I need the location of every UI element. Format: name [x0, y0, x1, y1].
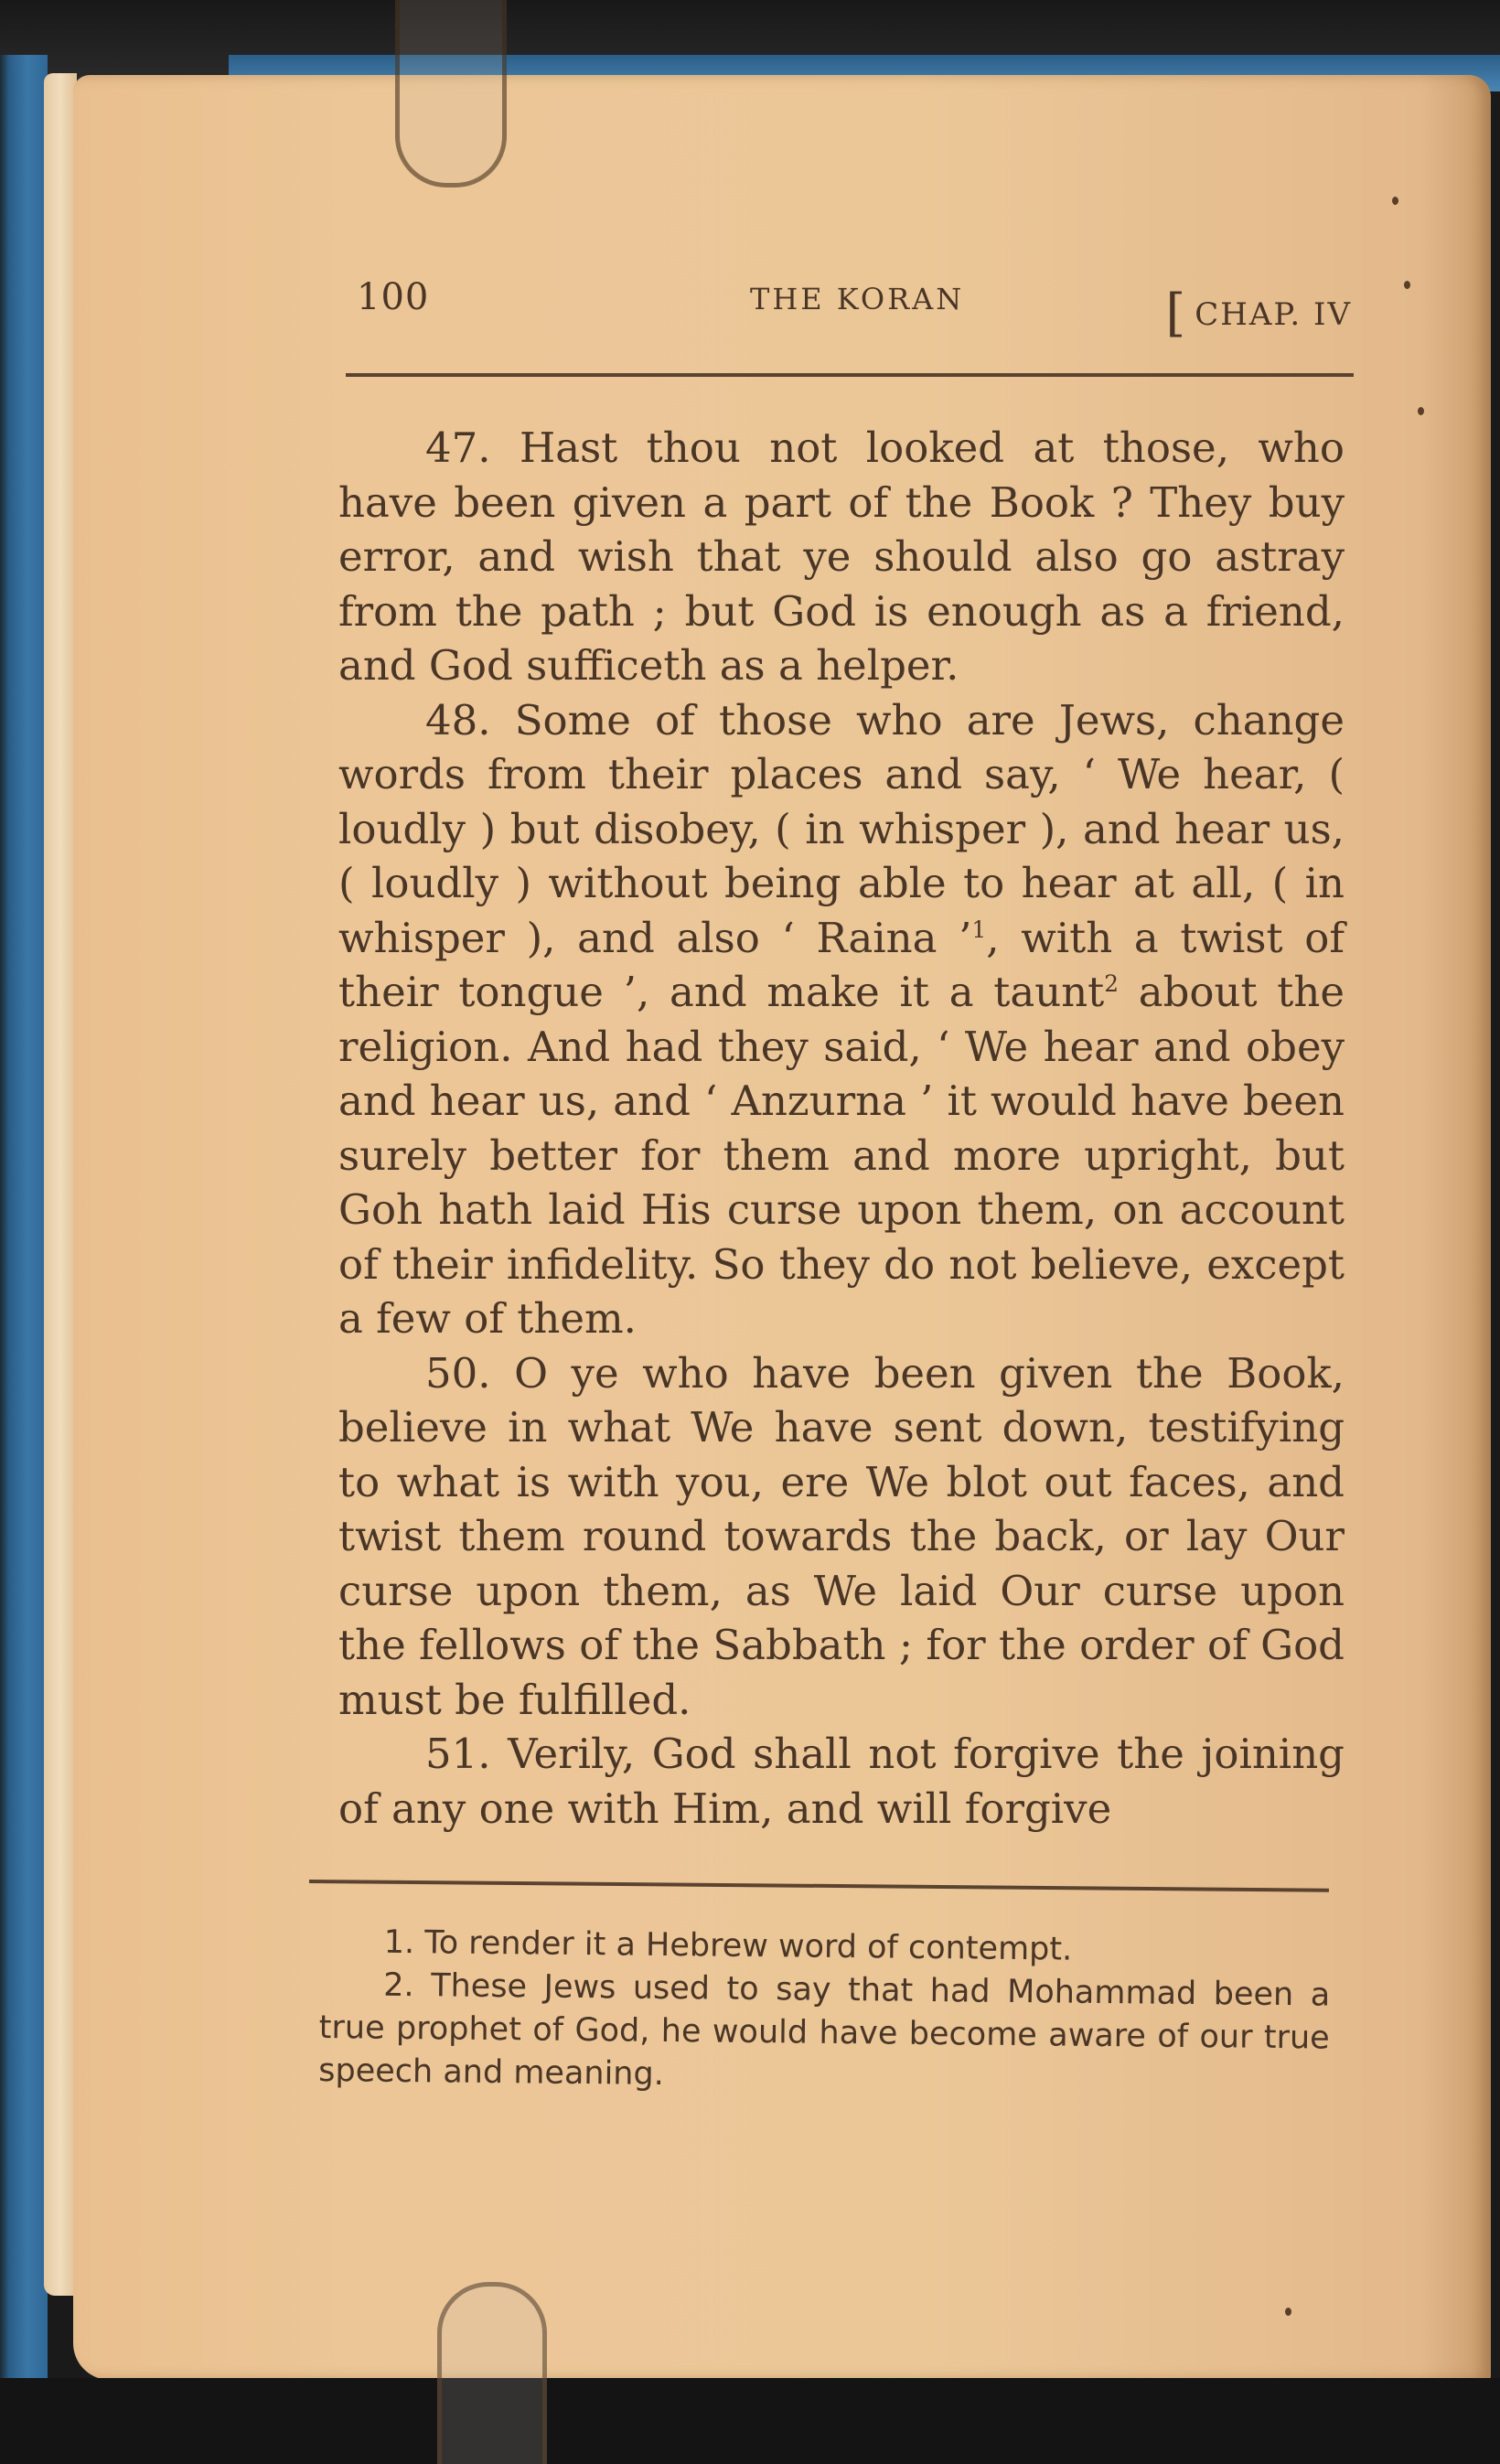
verse-47: 47. Hast thou not looked at those, who h…: [338, 421, 1345, 693]
page-clip-bottom-icon: [437, 2282, 547, 2464]
body-text: 47. Hast thou not looked at those, who h…: [338, 421, 1345, 1836]
verse-50: 50. O ye who have been given the Book, b…: [338, 1346, 1345, 1728]
book-title: THE KORAN: [750, 282, 964, 316]
paper-speck: [1418, 407, 1424, 415]
chapter-bracket: [: [1165, 284, 1187, 343]
footnote-marker-1[interactable]: 1: [971, 916, 986, 943]
page-clip-top-icon: [395, 0, 507, 187]
footnote-text: These Jews used to say that had Mohammad…: [318, 1967, 1330, 2093]
footnote-number: 2.: [383, 1967, 414, 2004]
verse-text: about the religion. And had they said, ‘…: [338, 968, 1345, 1343]
paper-speck: [1285, 2308, 1291, 2316]
verse-number: 48.: [425, 696, 491, 745]
footnote-number: 1.: [384, 1924, 415, 1961]
verse-number: 50.: [425, 1349, 491, 1398]
running-head: 100 THE KORAN [CHAP. IV: [346, 273, 1352, 327]
book-cover-spine-edge: [0, 55, 48, 2396]
chapter-reference: [CHAP. IV: [1165, 278, 1352, 337]
header-rule: [346, 373, 1354, 377]
background-bottom: [0, 2378, 1500, 2464]
page-number: 100: [357, 276, 429, 318]
footnote-text: To render it a Hebrew word of contempt.: [424, 1924, 1072, 1967]
verse-text: O ye who have been given the Book, belie…: [338, 1349, 1345, 1724]
paper-speck: [1392, 197, 1398, 205]
verse-number: 51.: [425, 1730, 491, 1778]
paper-speck: [1404, 281, 1410, 289]
verse-number: 47.: [425, 423, 491, 472]
page-stack-edge: [44, 73, 77, 2296]
verse-51: 51. Verily, God shall not forgive the jo…: [338, 1727, 1345, 1836]
footnote-2: 2. These Jews used to say that had Moham…: [318, 1964, 1330, 2104]
chapter-label: CHAP. IV: [1195, 296, 1352, 333]
footnote-marker-2[interactable]: 2: [1104, 970, 1119, 997]
footnotes: 1. To render it a Hebrew word of contemp…: [318, 1921, 1331, 2104]
verse-48: 48. Some of those who are Jews, change w…: [338, 693, 1345, 1346]
